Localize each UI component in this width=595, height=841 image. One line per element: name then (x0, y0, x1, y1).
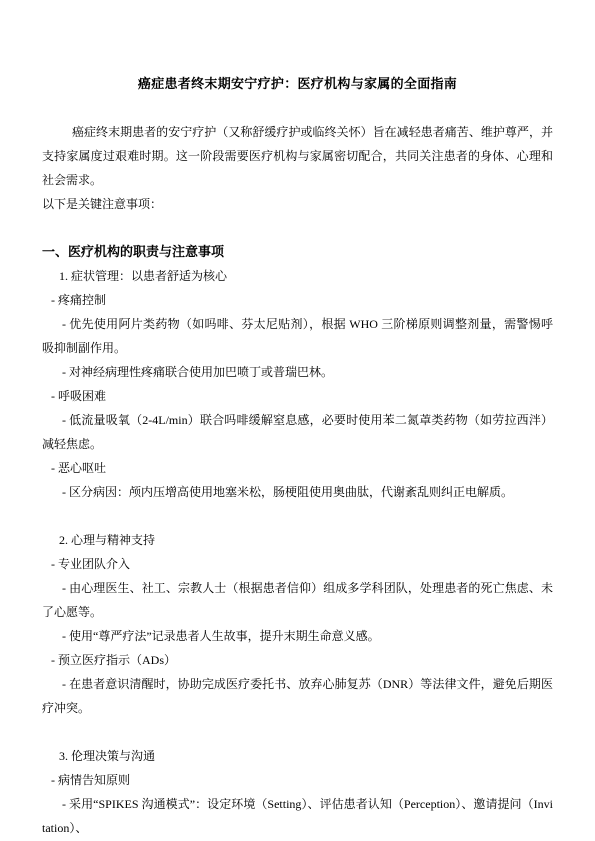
sub-bullet-item: - 使用“尊严疗法”记录患者人生故事，提升末期生命意义感。 (42, 624, 553, 648)
sub-bullet-item: - 在患者意识清醒时，协助完成医疗委托书、放弃心肺复苏（DNR）等法律文件，避免… (42, 672, 553, 720)
bullet-item: - 呼吸困难 (42, 384, 553, 408)
title-blank-line (42, 96, 553, 120)
bullet-item: - 专业团队介入 (42, 552, 553, 576)
numbered-item: 2. 心理与精神支持 (42, 528, 553, 552)
document-body: 癌症终末期患者的安宁疗护（又称舒缓疗护或临终关怀）旨在减轻患者痛苦、维护尊严，并… (42, 120, 553, 840)
sub-bullet-item: - 低流量吸氧（2-4L/min）联合吗啡缓解窒息感，必要时使用苯二氮䓬类药物（… (42, 408, 553, 456)
sub-bullet-item: - 对神经病理性疼痛联合使用加巴喷丁或普瑞巴林。 (42, 360, 553, 384)
blank-line (42, 216, 553, 240)
blank-line (42, 720, 553, 744)
paragraph: 以下是关键注意事项： (42, 192, 553, 216)
blank-line (42, 504, 553, 528)
numbered-item: 3. 伦理决策与沟通 (42, 744, 553, 768)
bullet-item: - 疼痛控制 (42, 288, 553, 312)
sub-bullet-item: - 区分病因：颅内压增高使用地塞米松，肠梗阻使用奥曲肽，代谢紊乱则纠正电解质。 (42, 480, 553, 504)
bullet-item: - 预立医疗指示（ADs） (42, 648, 553, 672)
section-heading: 一、医疗机构的职责与注意事项 (42, 240, 553, 264)
sub-bullet-item: - 优先使用阿片类药物（如吗啡、芬太尼贴剂），根据 WHO 三阶梯原则调整剂量，… (42, 312, 553, 360)
bullet-item: - 病情告知原则 (42, 768, 553, 792)
sub-bullet-item: - 采用“SPIKES 沟通模式”：设定环境（Setting）、评估患者认知（P… (42, 792, 553, 840)
intro-paragraph: 癌症终末期患者的安宁疗护（又称舒缓疗护或临终关怀）旨在减轻患者痛苦、维护尊严，并… (42, 120, 553, 192)
document-page: 癌症患者终末期安宁疗护：医疗机构与家属的全面指南 癌症终末期患者的安宁疗护（又称… (0, 0, 595, 841)
bullet-item: - 恶心呕吐 (42, 456, 553, 480)
sub-bullet-item: - 由心理医生、社工、宗教人士（根据患者信仰）组成多学科团队，处理患者的死亡焦虑… (42, 576, 553, 624)
document-title: 癌症患者终末期安宁疗护：医疗机构与家属的全面指南 (42, 72, 553, 96)
numbered-item: 1. 症状管理：以患者舒适为核心 (42, 264, 553, 288)
